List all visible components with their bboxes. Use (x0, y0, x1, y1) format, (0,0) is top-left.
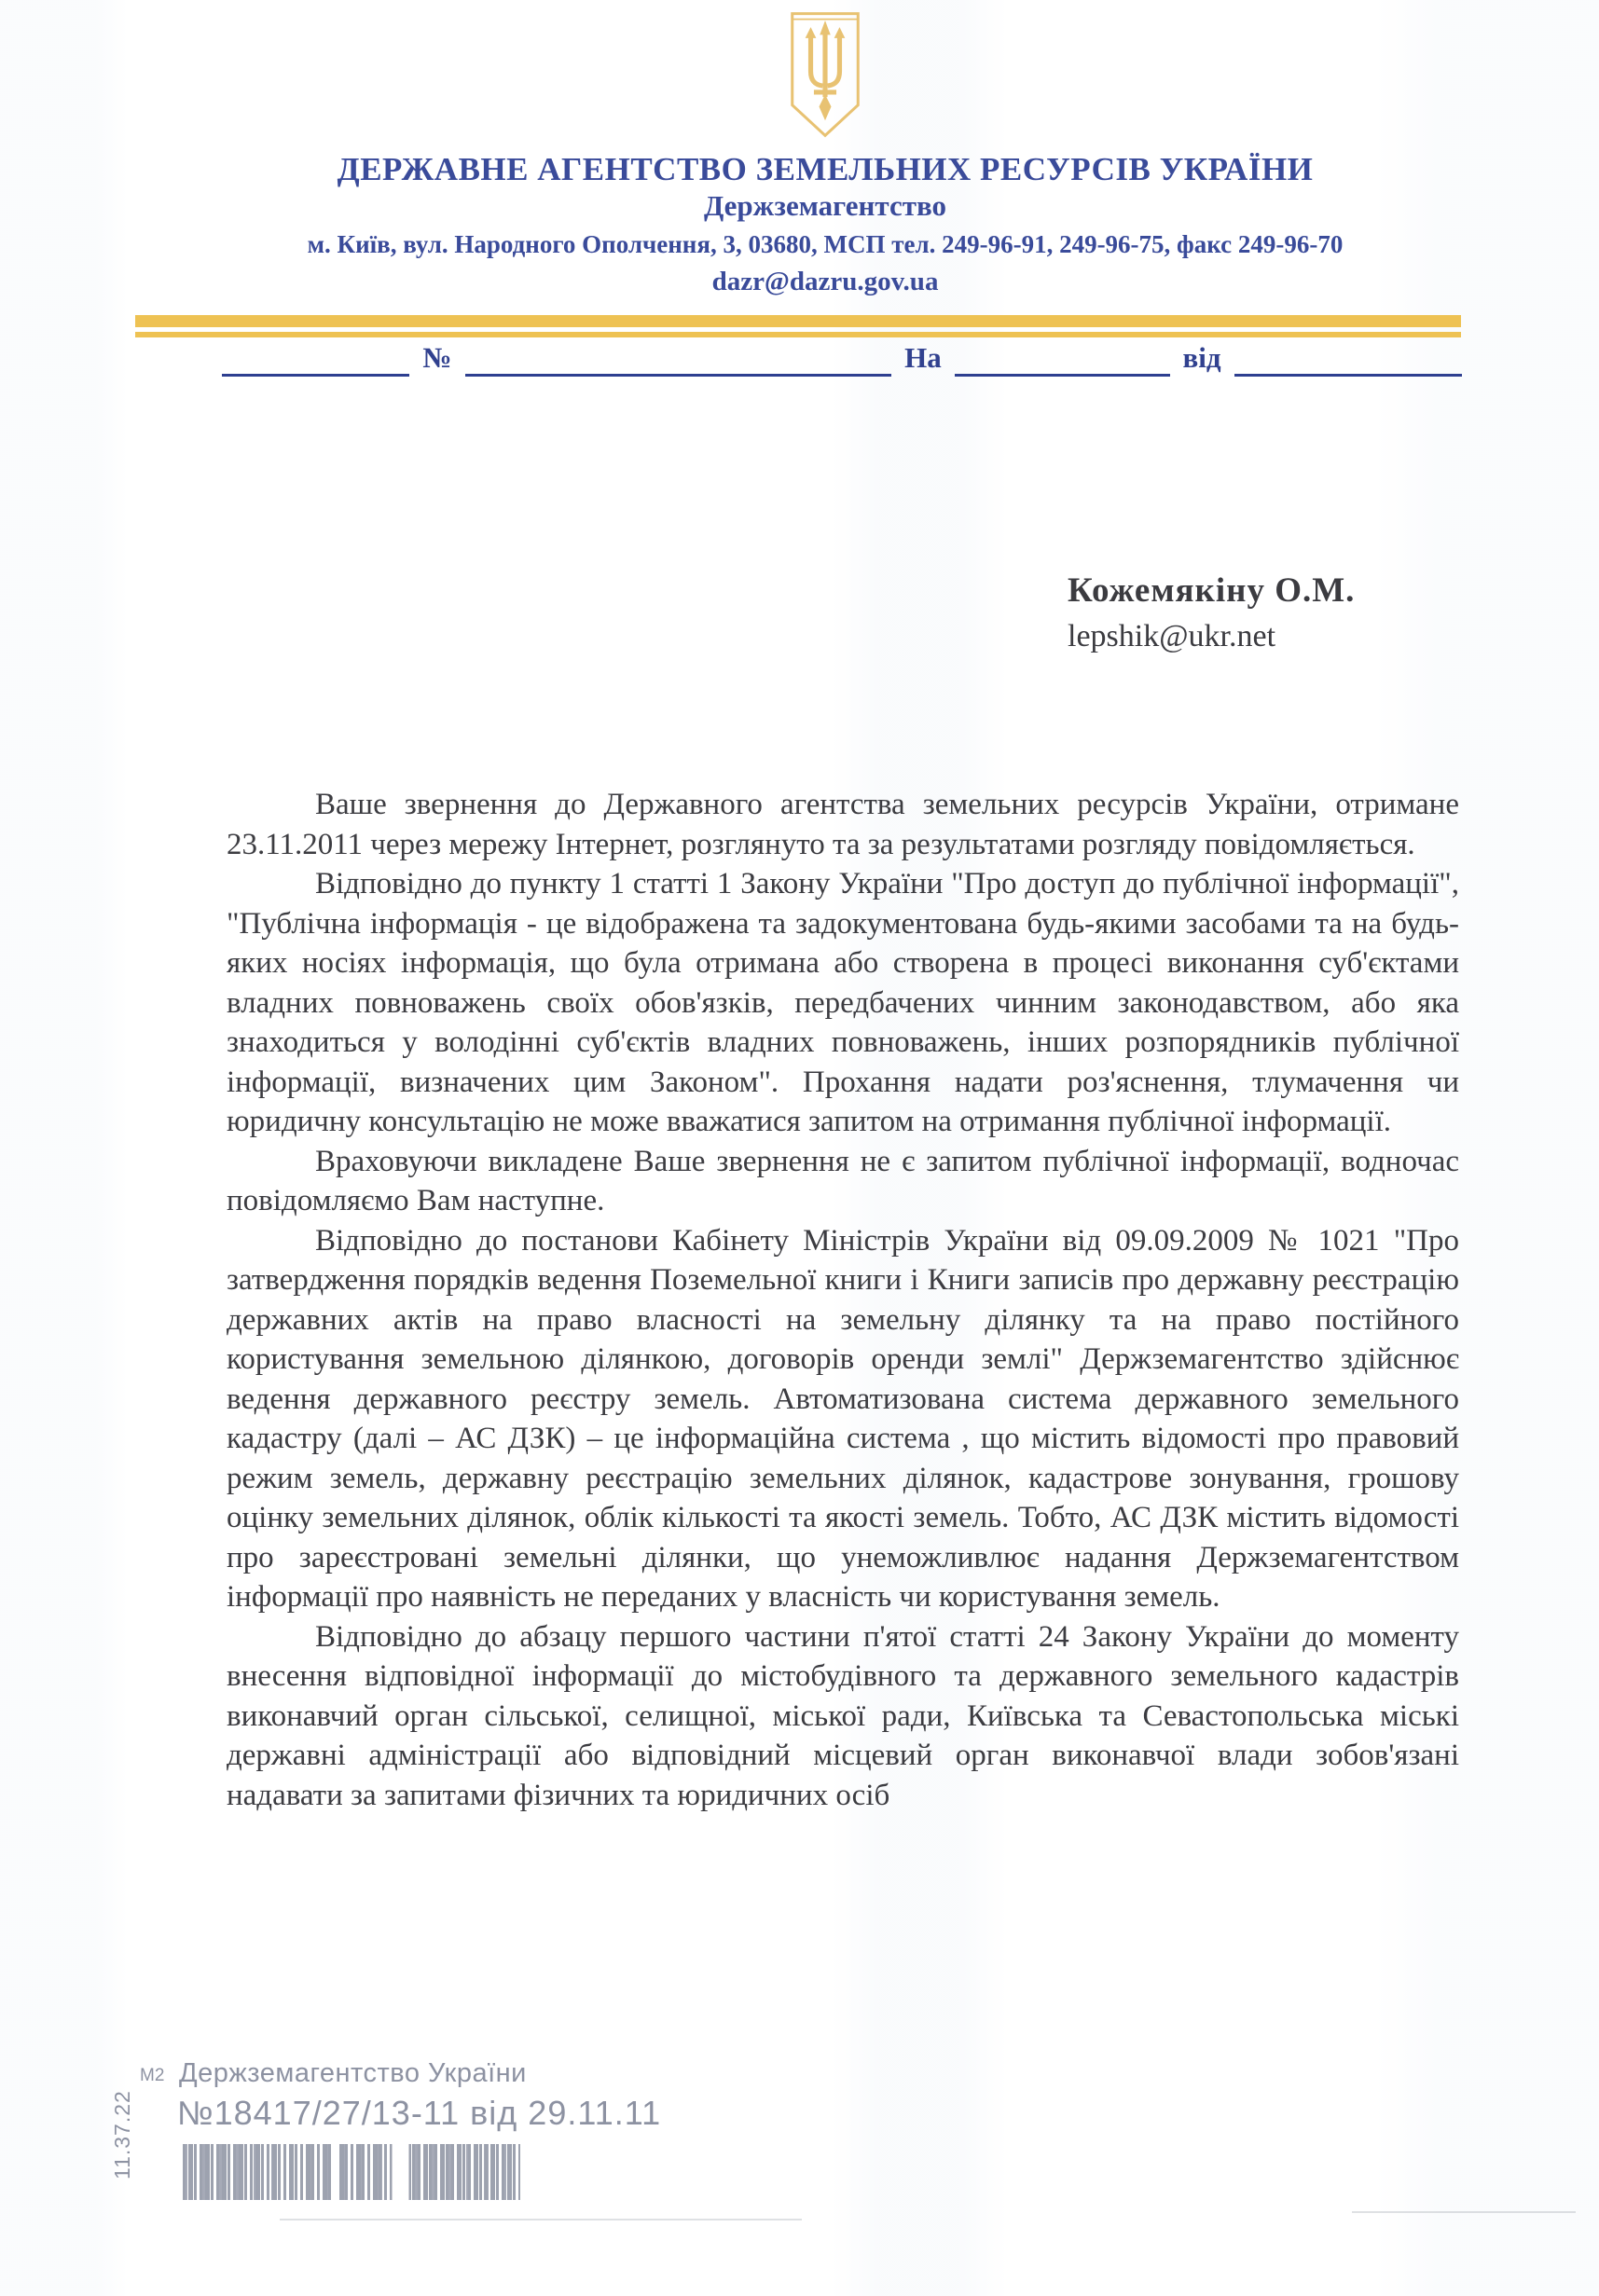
ref-label-na: На (904, 339, 942, 377)
ukraine-trident-emblem-icon (785, 4, 865, 145)
recipient-name: Кожемякіну О.М. (1068, 571, 1355, 611)
paragraph: Ваше звернення до Державного агентства з… (227, 785, 1459, 864)
stamp-time: 11.37.22 (110, 2090, 135, 2179)
ref-blank-incoming-number (955, 335, 1170, 377)
stamp-reference-number: №18417/27/13-11 від 29.11.11 (177, 2094, 661, 2133)
stamp-organization: Держземагентство України (179, 2058, 661, 2089)
agency-name: ДЕРЖАВНЕ АГЕНТСТВО ЗЕМЕЛЬНИХ РЕСУРСІВ УК… (131, 151, 1520, 188)
ref-label-number: № (422, 339, 451, 377)
ref-blank-incoming-date (1234, 335, 1462, 377)
agency-short-name: Держземагентство (131, 188, 1520, 224)
recipient-email: lepshik@ukr.net (1068, 619, 1355, 654)
paragraph: Відповідно до постанови Кабінету Міністр… (227, 1221, 1459, 1617)
ref-blank-outgoing-number (465, 335, 892, 377)
ref-label-vid: від (1183, 339, 1221, 377)
letterhead: ДЕРЖАВНЕ АГЕНТСТВО ЗЕМЕЛЬНИХ РЕСУРСІВ УК… (131, 0, 1520, 298)
agency-address-line: м. Київ, вул. Народного Ополчення, 3, 03… (131, 226, 1520, 263)
recipient-block: Кожемякіну О.М. lepshik@ukr.net (1068, 571, 1355, 654)
scan-artifact-line (280, 2219, 802, 2220)
stamp-m2-code: М2 (140, 2066, 164, 2086)
paragraph: Відповідно до пункту 1 статті 1 Закону У… (227, 864, 1459, 1142)
scan-artifact-line (1352, 2211, 1576, 2213)
scanned-letter-page: ДЕРЖАВНЕ АГЕНТСТВО ЗЕМЕЛЬНИХ РЕСУРСІВ УК… (0, 0, 1599, 2296)
ref-blank-outgoing-date (222, 335, 409, 377)
registration-stamp: М2 11.37.22 Держземагентство України №18… (140, 2058, 661, 2200)
barcode-icon (183, 2144, 520, 2200)
agency-email: dazr@dazru.gov.ua (131, 265, 1520, 298)
letter-body: Ваше звернення до Державного агентства з… (227, 785, 1459, 1815)
paragraph: Відповідно до абзацу першого частини п'я… (227, 1617, 1459, 1816)
paragraph: Враховуючи викладене Ваше звернення не є… (227, 1142, 1459, 1221)
gold-rule-thick-bar (135, 315, 1461, 327)
reference-line: № На від (222, 332, 1462, 377)
